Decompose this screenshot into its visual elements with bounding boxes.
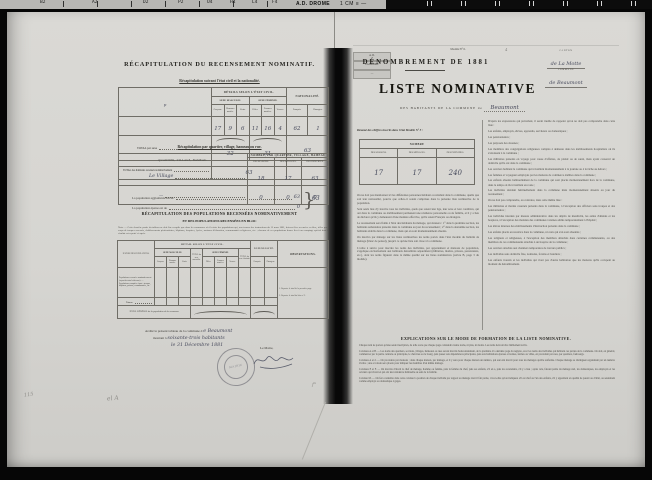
list-item: Les individus sans domicile fixe, nomade… (488, 252, 615, 256)
nombre-summary-table: NOMBRE DES MAISONS. DES MÉNAGES. DES IND… (359, 139, 475, 185)
col-header: DES MÉNAGES. (275, 158, 302, 167)
sexe-masculin-header: SEXE MASCULIN. (155, 249, 191, 257)
page-edge-line (302, 402, 326, 460)
value-femmes-mariees: 16 (264, 126, 271, 132)
list-item: Les enfants, employés, élèves, apprentis… (488, 129, 615, 133)
liste-subtitle-row: DES HABITANTS DE LA COMMUNE de Beaumont (355, 105, 570, 111)
observation-note: 2. Reporter le total du bloc n° 2. (279, 295, 327, 298)
nota-paragraph: Nota. — Cette dernière partie du tableau… (118, 226, 329, 236)
population-handwritten: soixante-trois habitants (167, 336, 224, 341)
detail-etat-civil-header: DÉTAILS SELON L'ÉTAT CIVIL. (212, 88, 287, 97)
instruction-intro: D'après les expressions qui précèdent, i… (488, 119, 615, 127)
microfilm-ruler: B2 A2 D2 P2 U4 H4 L4 F4 A.D. DROME 1 CM … (0, 0, 652, 9)
col-header: Garçons. (212, 105, 225, 117)
liste-nominative-title: LISTE NOMINATIVE (355, 81, 560, 97)
commune-name-handwritten: e Beaumont (203, 329, 232, 334)
commune-label: COMMUNE (527, 69, 605, 71)
ruler-scale-label: 1 CM ≡ — (340, 1, 367, 7)
ruler-code: U4 (207, 0, 212, 5)
gutter-line (334, 12, 335, 48)
eparse-label: La population éparse est de (132, 206, 167, 210)
ruler-code: B2 (40, 0, 45, 5)
brace-arc (216, 138, 245, 142)
col-header: Femmes mariées. (215, 257, 227, 268)
list-item: Les religieux et religieuses, à l'except… (488, 236, 615, 244)
col-header: Garçons. (155, 257, 167, 268)
col-header: Français. (287, 105, 308, 117)
brace-arc (253, 138, 282, 142)
instructions-right-column: D'après les expressions qui précèdent, i… (488, 119, 615, 333)
mayor-label: Le Maire, (260, 346, 273, 350)
list-item: Les militaires et marins casernés présen… (488, 204, 615, 212)
list-item: Les ouvriers habitant la commune qui tra… (488, 167, 615, 171)
title-rule (405, 70, 445, 71)
quartier-col-header: QUARTIER, VILLAGE, HAMEAU. (119, 154, 248, 167)
total-general-label: TOTAL GÉNÉRAL de la population de la com… (118, 306, 191, 319)
microfilm-frame: { "ruler": { "codes": ["B2","A2","D2","P… (0, 0, 652, 480)
menages-value: 17 (285, 176, 292, 182)
list-item: Les élèves internes des établissements d… (488, 224, 615, 228)
nationalite-header: NATIONALITÉ. (287, 88, 329, 105)
nature-header: NATURE DES POPULATIONS. (118, 241, 155, 268)
ruler-ticks-right (398, 1, 644, 6)
instructions-left-column: On ne doit pas mentionner ici les différ… (357, 194, 479, 265)
pencil-gutter-note: f° (312, 382, 316, 388)
col-header: Français. (251, 257, 265, 268)
denombrement-title: DÉNOMBREMENT DE 1881 (355, 59, 497, 66)
scanned-register-spread: RÉCAPITULATION DU RECENSEMENT NOMINATIF.… (7, 12, 645, 467)
observation-note: 1. Reporter le total de la première page… (279, 288, 327, 291)
list-item: Les enfants trouvés et les individus qui… (488, 258, 615, 266)
individus-value: 240 (449, 169, 462, 177)
pencil-scribble: el A (107, 395, 119, 403)
value-veuves: 4 (279, 126, 283, 132)
col-header: Hommes mariés. (167, 257, 179, 268)
instruction-paragraph: Le recensement sera fidèle à l'état des … (357, 222, 479, 234)
menages-value: 17 (413, 169, 422, 177)
col-header: Filles. (249, 105, 262, 117)
eparse-value: 0 (297, 204, 300, 210)
explications-section: Chaque nom ne portera qu'une seule inscr… (359, 344, 615, 402)
explication-paragraph: Chaque nom ne portera qu'une seule inscr… (359, 344, 615, 348)
explication-paragraph: Colonnes A et d. — On procédera par mais… (359, 359, 615, 366)
list-item: Les militaires présents en voyage pour c… (488, 157, 615, 165)
brace-arc (194, 311, 247, 315)
instruction-paragraph: Sont seuls lieu d'y inscrire tous les in… (357, 208, 479, 220)
brace-arc (253, 311, 275, 315)
pencil-folio-note: 115 (24, 391, 34, 398)
observations-header: OBSERVATIONS. (278, 241, 329, 268)
form-model-number: Modèle N° 6. (403, 48, 513, 51)
col-header: DES INDIVIDUS. (302, 158, 329, 167)
explication-paragraph: Colonnes A et B. — Les noms des quartier… (359, 350, 615, 357)
col-header: Filles. (203, 257, 215, 268)
col-header: Étrangers. (308, 105, 329, 117)
value-filles: 11 (252, 126, 259, 132)
right-page-top-edge (353, 45, 619, 46)
list-item: On ne doit pas comprendre, au contraire,… (488, 198, 615, 202)
instruction-paragraph: On inscrira par ménage sur les listes no… (357, 236, 479, 244)
date-handwritten: le 31 Décembre 1881 (171, 343, 223, 348)
ruler-code: L4 (252, 0, 257, 5)
explications-title: EXPLICATIONS SUR LE MODE DE FORMATION DE… (357, 336, 615, 341)
ruler-ticks-left (30, 1, 280, 7)
explication-paragraph: Colonnes E et F. — On inscrira d'abord l… (359, 368, 615, 375)
population-summary: La population agglomérée est de 63 La po… (132, 190, 300, 210)
list-item: Les ouvriers attachés aux chantiers temp… (488, 246, 615, 250)
sexe-feminin-header: SEXE FÉMININ. (203, 249, 239, 257)
population-nature-labels: Populations recensées nominativement (re… (118, 268, 155, 298)
list-item: Les membres des congrégations religieuse… (488, 147, 615, 155)
value-hommes-maries: 9 (229, 126, 233, 132)
resume-label: Résumé des chiffres inscrits dans l'état… (357, 128, 477, 132)
closing-line1-label: Arrêté le présent tableau de la commune … (145, 329, 202, 333)
col-header: Femmes mariées. (262, 105, 275, 117)
observations-cell: 1. Reporter le total de la première page… (278, 268, 329, 319)
value-francais: 62 (294, 126, 301, 132)
totaux-label: Totaux (126, 301, 133, 304)
value-veufs: 6 (241, 126, 245, 132)
list-item: Les individus résidant habituellement da… (488, 188, 615, 196)
liste-subtitle: DES HABITANTS DE LA COMMUNE de (400, 106, 483, 110)
maisons-value: 17 (374, 169, 383, 177)
commune-name-handwritten: Beaumont (484, 105, 524, 112)
ruler-code: H4 (230, 0, 235, 5)
total-masculin-header: TOTAL du sexe masculin. (191, 249, 203, 268)
maisons-value: 18 (258, 176, 265, 182)
col-header: Étrangers. (264, 257, 278, 268)
individus-value: 63 (312, 176, 319, 182)
list-item: Les préposés des douanes ; (488, 141, 615, 145)
nombre-group-header: NOMBRE, PAR QUARTIER, VILLAGE, HAMEAU (248, 154, 329, 158)
total-feminin-header: TOTAL du sexe féminin. (239, 249, 251, 268)
mayor-signature (252, 352, 298, 370)
section2-title: Récapitulation par quartier, village, ha… (107, 145, 332, 149)
canton-field: CANTON de La Motte (527, 50, 605, 70)
canton-label: CANTON (527, 50, 605, 52)
archive-edge-stamp: — (353, 70, 391, 79)
col-header: Hommes mariés. (224, 105, 237, 117)
col-header: Veufs. (179, 257, 191, 268)
explication-paragraph: Colonne M. — On fera connaître dans cett… (359, 377, 615, 384)
ruler-code: P2 (178, 0, 183, 5)
col-header: DES MAISONS. (248, 158, 275, 167)
pencil-page-number: 4 (505, 47, 508, 52)
agglomeree-value: 63 (294, 194, 300, 200)
closing-statement: Arrêté le présent tableau de la commune … (145, 329, 335, 348)
left-page-subtitle: Récapitulation suivant l'état civil et l… (107, 79, 332, 83)
sexe-feminin-header: SEXE FÉMININ. (249, 97, 287, 105)
table-row: Le Village 18 17 63 (119, 167, 329, 186)
col-header: Veufs. (237, 105, 250, 117)
quartier-name: Le Village (149, 174, 173, 179)
left-page-title: RÉCAPITULATION DU RECENSEMENT NOMINATIF. (107, 61, 332, 68)
sexe-masculin-header: SEXE MASCULIN. (212, 97, 250, 105)
col-header: Veuves. (227, 257, 239, 268)
instruction-paragraph: On ne doit pas mentionner ici les différ… (357, 194, 479, 206)
section3-title-line1: RÉCAPITULATION DES POPULATIONS RECENSÉES… (107, 211, 332, 216)
canton-handwritten: de La Motte (547, 61, 586, 69)
column-divider (482, 120, 483, 330)
list-item: Les pensionnaires ; (488, 135, 615, 139)
table-corner-mark: p (164, 102, 167, 107)
recap-bloc-table: NATURE DES POPULATIONS. DÉTAIL SELON L'É… (117, 240, 329, 319)
col-header: Veuves. (274, 105, 287, 117)
value-etrangers: 1 (316, 126, 320, 132)
list-item: Les femmes et voyageurs employés par les… (488, 173, 615, 177)
nationalite-header: NATIONALITÉ. (251, 241, 278, 257)
closing-line2-label: montant à (153, 336, 166, 340)
col-header: DES MÉNAGES. (398, 149, 436, 158)
population-total: 63 (312, 195, 320, 202)
ruler-code: F4 (272, 0, 277, 5)
ruler-code: A2 (92, 0, 97, 5)
col-header: DES INDIVIDUS. (436, 149, 474, 158)
archive-label: A.D. DROME (296, 1, 330, 7)
nombre-header: NOMBRE (360, 140, 475, 149)
instruction-paragraph: L'ordre à suivre pour inscrire les noms … (357, 247, 479, 263)
col-header: DES MAISONS. (360, 149, 398, 158)
value-garcons: 17 (214, 126, 221, 132)
list-item: Les individus internés par mesure admini… (488, 214, 615, 222)
list-item: Les enfants placés en nourrice dans la c… (488, 230, 615, 234)
ruler-code: D2 (143, 0, 148, 5)
section3-title-line2: ET DES POPULATIONS RECENSÉES EN BLOC (107, 219, 332, 223)
agglomeree-label: La population agglomérée est de (132, 196, 174, 200)
list-item: Les enfants absents habituellement de la… (488, 178, 615, 186)
detail-header: DÉTAIL SELON L'ÉTAT CIVIL. (155, 241, 251, 249)
